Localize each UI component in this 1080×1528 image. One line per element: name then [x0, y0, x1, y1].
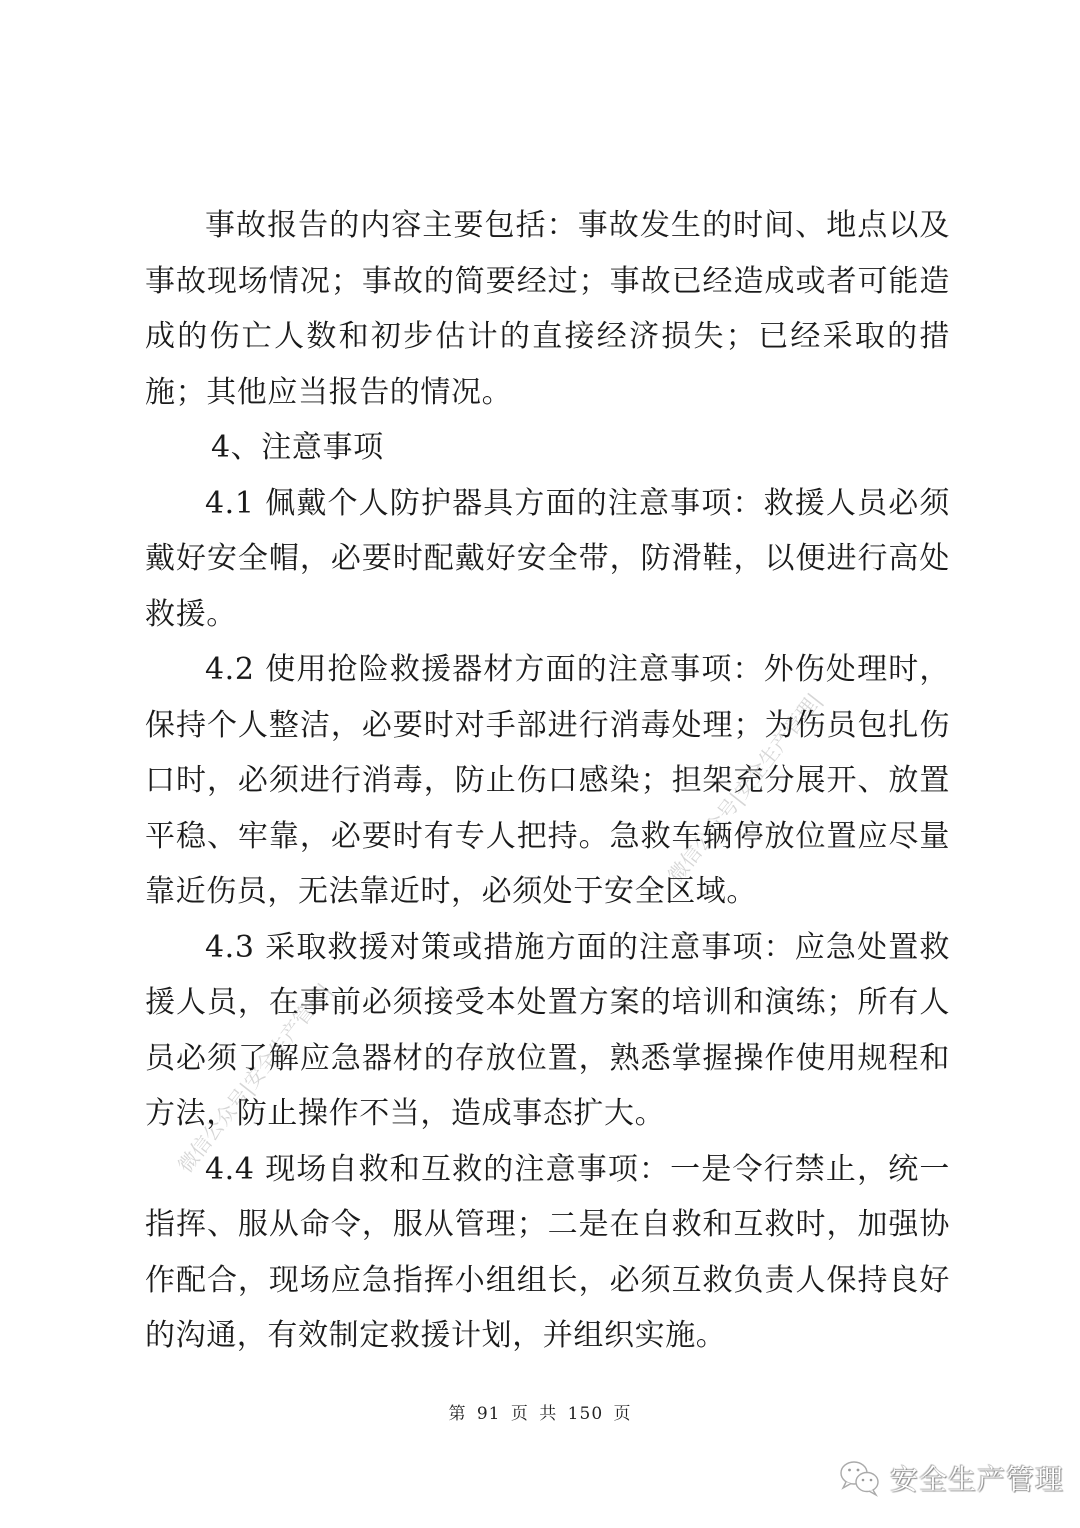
wechat-icon — [838, 1458, 882, 1498]
account-name: 安全生产管理 — [890, 1458, 1064, 1498]
paragraph-4-1-protective-equipment: 4.1 佩戴个人防护器具方面的注意事项：救援人员必须戴好安全帽，必要时配戴好安全… — [145, 476, 950, 643]
paragraph-accident-report: 事故报告的内容主要包括：事故发生的时间、地点以及事故现场情况；事故的简要经过；事… — [145, 198, 950, 420]
page-number: 第 91 页 共 150 页 — [0, 1399, 1080, 1424]
section-heading-precautions: 4、注意事项 — [145, 420, 950, 476]
document-body: 事故报告的内容主要包括：事故发生的时间、地点以及事故现场情况；事故的简要经过；事… — [145, 198, 950, 1364]
paragraph-4-3-rescue-measures: 4.3 采取救援对策或措施方面的注意事项：应急处置救援人员，在事前必须接受本处置… — [145, 920, 950, 1142]
paragraph-4-2-rescue-equipment: 4.2 使用抢险救援器材方面的注意事项：外伤处理时，保持个人整洁，必要时对手部进… — [145, 642, 950, 920]
paragraph-4-4-self-rescue: 4.4 现场自救和互救的注意事项：一是令行禁止，统一指挥、服从命令，服从管理；二… — [145, 1142, 950, 1364]
document-page: 微信公众号|安全生产管理| 微信公众号|安全生产管理| 事故报告的内容主要包括：… — [0, 0, 1080, 1528]
account-brand: 安全生产管理 — [838, 1458, 1064, 1498]
